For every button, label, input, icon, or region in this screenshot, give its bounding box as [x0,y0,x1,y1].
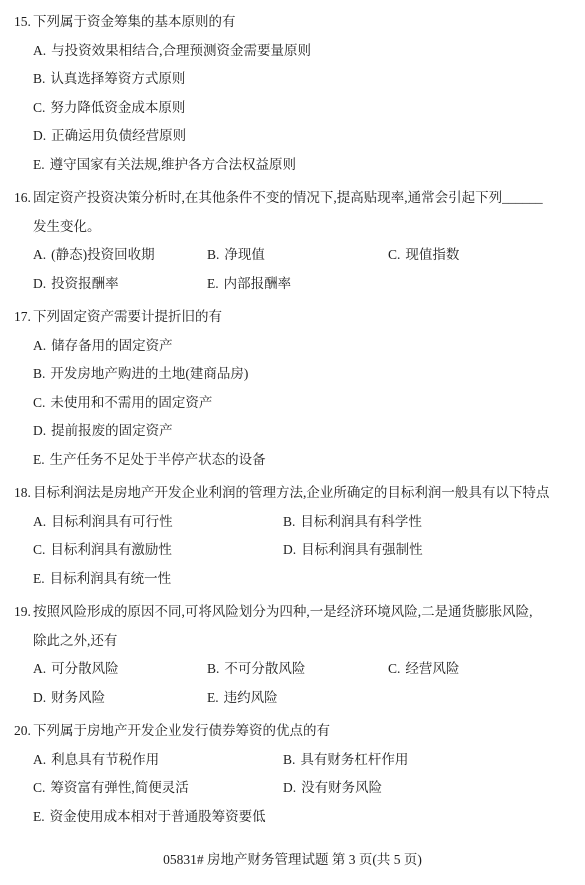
option-label: A. [33,514,46,529]
option-text: 具有财务杠杆作用 [300,752,408,767]
option-text: 目标利润具有激励性 [50,542,172,557]
option-text: 净现值 [224,247,265,262]
option-c: C.经营风险 [388,655,459,684]
option-label: A. [33,43,46,58]
question-number: 16. [14,184,31,213]
option-label: D. [283,542,296,557]
option-row: E.资金使用成本相对于普通股筹资要低 [0,803,585,832]
option-label: C. [33,100,45,115]
option-label: C. [33,395,45,410]
option-b: B.不可分散风险 [207,655,305,684]
option-text: 内部报酬率 [224,276,292,291]
option-text: (静态)投资回收期 [51,247,155,262]
option-text: 不可分散风险 [224,661,305,676]
option-label: A. [33,661,46,676]
option-text: 提前报废的固定资产 [51,423,173,438]
option-text: 违约风险 [224,690,278,705]
option-a: A.与投资效果相结合,合理预测资金需要量原则 [33,37,311,66]
option-c: C.现值指数 [388,241,459,270]
option-row: A.可分散风险 B.不可分散风险 C.经营风险 [0,655,585,684]
option-e: E.生产任务不足处于半停产状态的设备 [33,446,266,475]
option-row: D.提前报废的固定资产 [0,417,585,446]
option-label: D. [283,780,296,795]
option-d: D.投资报酬率 [33,270,119,299]
option-label: B. [207,661,219,676]
question-stem-line: 除此之外,还有 [33,627,117,656]
option-row: B.认真选择筹资方式原则 [0,65,585,94]
option-label: E. [33,157,45,172]
option-row: D.正确运用负债经营原则 [0,122,585,151]
page-footer: 05831# 房地产财务管理试题 第 3 页(共 5 页) [0,846,585,875]
question-number: 20. [14,717,31,746]
option-row: E.目标利润具有统一性 [0,565,585,594]
option-label: D. [33,423,46,438]
option-text: 储存备用的固定资产 [51,338,173,353]
option-text: 生产任务不足处于半停产状态的设备 [50,452,266,467]
option-c: C.目标利润具有激励性 [33,536,172,565]
option-text: 开发房地产购进的土地(建商品房) [50,366,248,381]
option-text: 正确运用负债经营原则 [51,128,186,143]
option-label: B. [283,752,295,767]
question-stem: 20. 下列属于房地产开发企业发行债券筹资的优点的有 [0,717,585,746]
question-stem: 18. 目标利润法是房地产开发企业利润的管理方法,企业所确定的目标利润一般具有以… [0,479,585,508]
option-e: E.目标利润具有统一性 [33,565,171,594]
option-label: E. [33,571,45,586]
option-row: E.遵守国家有关法规,维护各方合法权益原则 [0,151,585,180]
option-b: B.目标利润具有科学性 [283,508,422,537]
option-label: C. [388,661,400,676]
option-label: E. [33,809,45,824]
option-text: 未使用和不需用的固定资产 [50,395,212,410]
option-label: A. [33,247,46,262]
question-number: 19. [14,598,31,627]
option-d: D.提前报废的固定资产 [33,417,173,446]
option-text: 可分散风险 [51,661,119,676]
option-label: C. [33,780,45,795]
option-c: C.努力降低资金成本原则 [33,94,185,123]
option-b: B.具有财务杠杆作用 [283,746,408,775]
question-stem: 16. 固定资产投资决策分析时,在其他条件不变的情况下,提高贴现率,通常会引起下… [0,184,585,213]
question-stem: 除此之外,还有 [0,627,585,656]
option-label: A. [33,752,46,767]
exam-content: 15. 下列属于资金筹集的基本原则的有 A.与投资效果相结合,合理预测资金需要量… [0,0,585,831]
option-text: 利息具有节税作用 [51,752,159,767]
question-17: 17. 下列固定资产需要计提折旧的有 A.储存备用的固定资产 B.开发房地产购进… [0,303,585,474]
option-label: E. [33,452,45,467]
question-number: 15. [14,8,31,37]
option-text: 现值指数 [405,247,459,262]
option-row: A.利息具有节税作用 B.具有财务杠杆作用 [0,746,585,775]
option-label: B. [33,366,45,381]
option-label: D. [33,128,46,143]
option-c: C.筹资富有弹性,简便灵活 [33,774,189,803]
question-stem: 15. 下列属于资金筹集的基本原则的有 [0,8,585,37]
option-text: 目标利润具有统一性 [50,571,172,586]
question-stem-line: 固定资产投资决策分析时,在其他条件不变的情况下,提高贴现率,通常会引起下列___… [33,184,543,213]
question-16: 16. 固定资产投资决策分析时,在其他条件不变的情况下,提高贴现率,通常会引起下… [0,184,585,298]
option-row: A.储存备用的固定资产 [0,332,585,361]
option-label: B. [207,247,219,262]
option-label: C. [33,542,45,557]
option-row: B.开发房地产购进的土地(建商品房) [0,360,585,389]
option-row: D.投资报酬率 E.内部报酬率 [0,270,585,299]
option-text: 经营风险 [405,661,459,676]
option-b: B.认真选择筹资方式原则 [33,65,185,94]
exam-page: 15. 下列属于资金筹集的基本原则的有 A.与投资效果相结合,合理预测资金需要量… [0,0,585,885]
option-a: A.储存备用的固定资产 [33,332,173,361]
option-d: D.正确运用负债经营原则 [33,122,186,151]
option-text: 遵守国家有关法规,维护各方合法权益原则 [50,157,296,172]
question-18: 18. 目标利润法是房地产开发企业利润的管理方法,企业所确定的目标利润一般具有以… [0,479,585,593]
option-label: A. [33,338,46,353]
option-d: D.没有财务风险 [283,774,382,803]
option-row: A.(静态)投资回收期 B.净现值 C.现值指数 [0,241,585,270]
option-text: 努力降低资金成本原则 [50,100,185,115]
option-b: B.开发房地产购进的土地(建商品房) [33,360,248,389]
option-text: 资金使用成本相对于普通股筹资要低 [50,809,266,824]
option-e: E.违约风险 [207,684,278,713]
option-text: 没有财务风险 [301,780,382,795]
option-row: D.财务风险 E.违约风险 [0,684,585,713]
option-label: B. [283,514,295,529]
option-label: B. [33,71,45,86]
option-b: B.净现值 [207,241,265,270]
option-text: 与投资效果相结合,合理预测资金需要量原则 [51,43,311,58]
option-a: A.(静态)投资回收期 [33,241,155,270]
question-stem-line: 按照风险形成的原因不同,可将风险划分为四种,一是经济环境风险,二是通货膨胀风险, [33,598,533,627]
option-c: C.未使用和不需用的固定资产 [33,389,212,418]
question-stem: 17. 下列固定资产需要计提折旧的有 [0,303,585,332]
question-stem-line: 下列属于资金筹集的基本原则的有 [33,8,236,37]
question-stem-line: 下列属于房地产开发企业发行债券筹资的优点的有 [33,717,330,746]
option-e: E.内部报酬率 [207,270,291,299]
option-a: A.可分散风险 [33,655,119,684]
option-d: D.目标利润具有强制性 [283,536,423,565]
question-number: 17. [14,303,31,332]
option-label: E. [207,690,219,705]
option-a: A.目标利润具有可行性 [33,508,173,537]
question-19: 19. 按照风险形成的原因不同,可将风险划分为四种,一是经济环境风险,二是通货膨… [0,598,585,712]
option-text: 财务风险 [51,690,105,705]
question-stem-line: 下列固定资产需要计提折旧的有 [33,303,222,332]
question-15: 15. 下列属于资金筹集的基本原则的有 A.与投资效果相结合,合理预测资金需要量… [0,8,585,179]
option-row: A.与投资效果相结合,合理预测资金需要量原则 [0,37,585,66]
option-text: 目标利润具有科学性 [300,514,422,529]
option-text: 目标利润具有强制性 [301,542,423,557]
option-label: D. [33,690,46,705]
option-text: 筹资富有弹性,简便灵活 [50,780,188,795]
option-row: A.目标利润具有可行性 B.目标利润具有科学性 [0,508,585,537]
option-text: 认真选择筹资方式原则 [50,71,185,86]
option-row: C.未使用和不需用的固定资产 [0,389,585,418]
option-row: E.生产任务不足处于半停产状态的设备 [0,446,585,475]
option-d: D.财务风险 [33,684,105,713]
option-a: A.利息具有节税作用 [33,746,159,775]
option-label: D. [33,276,46,291]
question-20: 20. 下列属于房地产开发企业发行债券筹资的优点的有 A.利息具有节税作用 B.… [0,717,585,831]
question-stem-line: 目标利润法是房地产开发企业利润的管理方法,企业所确定的目标利润一般具有以下特点 [33,479,549,508]
question-stem-line: 发生变化。 [33,213,101,242]
option-row: C.努力降低资金成本原则 [0,94,585,123]
option-e: E.遵守国家有关法规,维护各方合法权益原则 [33,151,296,180]
question-stem: 19. 按照风险形成的原因不同,可将风险划分为四种,一是经济环境风险,二是通货膨… [0,598,585,627]
question-number: 18. [14,479,31,508]
option-text: 投资报酬率 [51,276,119,291]
option-label: E. [207,276,219,291]
question-stem: 发生变化。 [0,213,585,242]
option-label: C. [388,247,400,262]
option-e: E.资金使用成本相对于普通股筹资要低 [33,803,266,832]
option-row: C.筹资富有弹性,简便灵活 D.没有财务风险 [0,774,585,803]
option-row: C.目标利润具有激励性 D.目标利润具有强制性 [0,536,585,565]
option-text: 目标利润具有可行性 [51,514,173,529]
